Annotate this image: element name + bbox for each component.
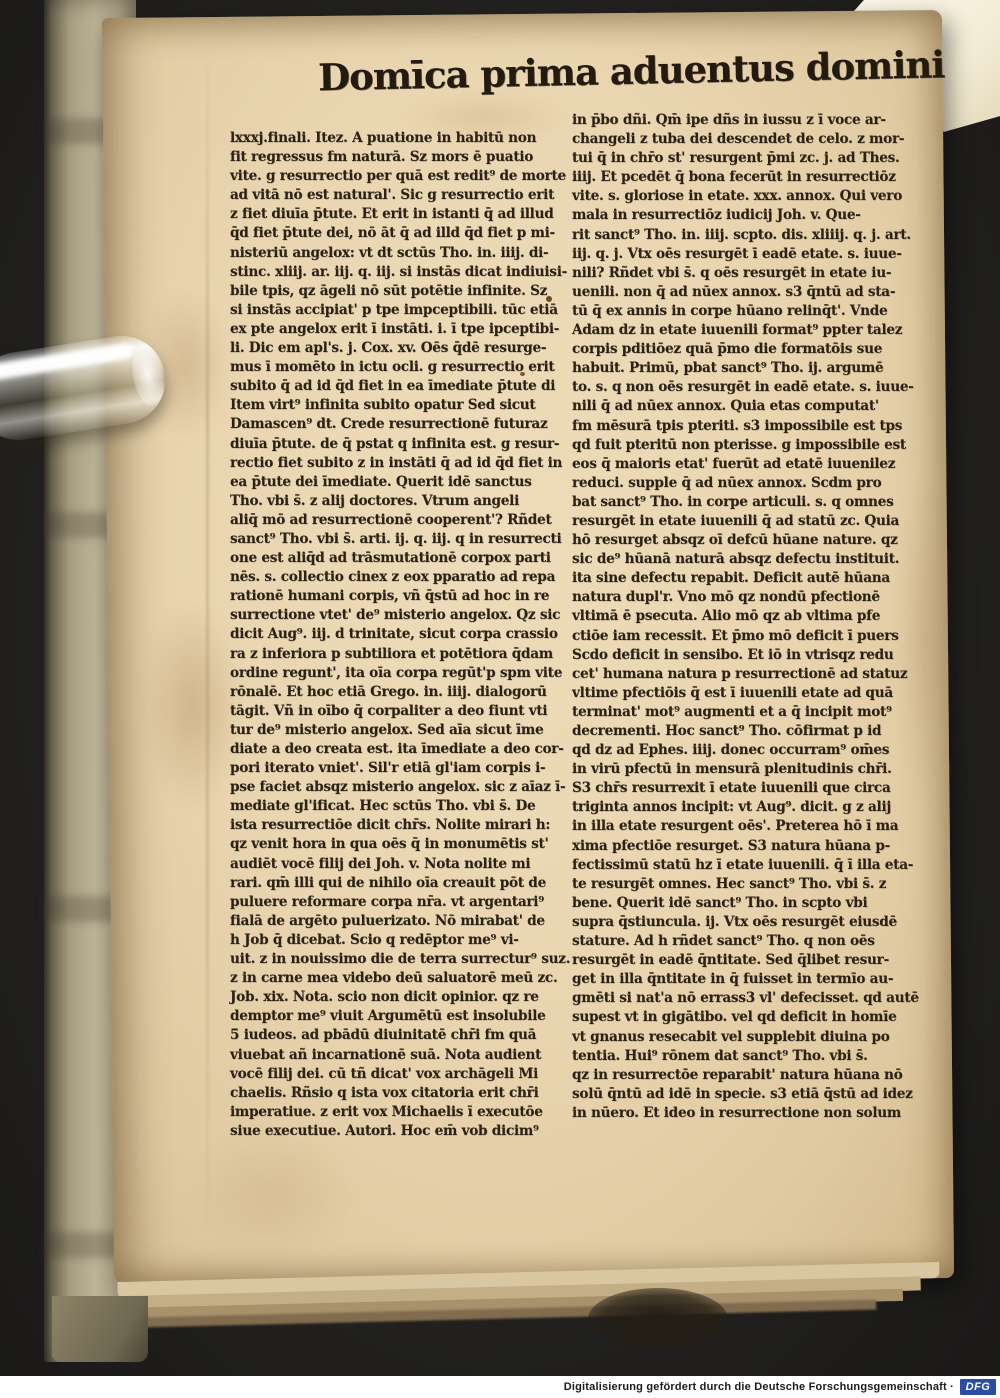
- text-line: bile tpis, qz āgeli nō sūt potētie infin…: [230, 282, 570, 301]
- text-column-right: in p̄bo dñi. Qm̄ ipe dñs in iussu z ī vo…: [572, 111, 914, 1123]
- text-line: rectio fiet subito z in instāti q̄ ad id…: [230, 454, 570, 473]
- text-line: corpis pditiōez quā p̄mo die formatōis s…: [572, 340, 914, 359]
- text-line: xima pfectiōe resurget. S3 natura hūana …: [572, 837, 914, 856]
- text-line: tentia. Hui⁹ rōnem dat sanct⁹ Tho. vbi s…: [572, 1047, 914, 1066]
- text-line: 5 iudeos. ad pbādū diuinitatē chr̄i fm q…: [230, 1026, 570, 1045]
- text-line: Scdo deficit in sensibo. Et iō in vtrisq…: [572, 646, 914, 665]
- text-line: iij. q. j. Vtx oēs resurgēt ī eadē etate…: [572, 245, 914, 264]
- text-line: tui q̄ in chr̄o st' resurgent p̄mi zc. j…: [572, 149, 914, 168]
- text-line: ex pte angelox erit ī instāti. i. ī tpe …: [230, 320, 570, 339]
- text-line: reduci. supple q̄ ad nūex annox. Scdm pr…: [572, 474, 914, 493]
- text-line: aliq̄ mō ad resurrectionē cooperent'? Rñ…: [230, 511, 570, 530]
- text-line: subito q̄ ad id q̄d fiet in ea īmediate …: [230, 377, 570, 396]
- text-line: bene. Querit idē sanct⁹ Tho. in scpto vb…: [572, 894, 914, 913]
- text-line: z in carne mea videbo deū saluatorē meū …: [230, 969, 570, 988]
- text-line: qd dz ad Ephes. iiij. donec occurram⁹ om…: [572, 741, 914, 760]
- text-line: nili q̄ ad nūex annox. Quia etas computa…: [572, 397, 914, 416]
- text-line: solū q̄ntū ad idē in specie. s3 etiā q̄s…: [572, 1085, 914, 1104]
- text-line: ra z inferiora p subtiliora et potētiora…: [230, 645, 570, 664]
- text-line: natura dupl'r. Vno mō qz nondū pfectionē: [572, 588, 914, 607]
- text-line: vite. s. gloriose in etate. xxx. annox. …: [572, 187, 914, 206]
- text-line: tū q̄ ex annis in corpe hūano relinq̄t'.…: [572, 302, 914, 321]
- text-line: resurgēt in etate iuuenili q̄ ad statū z…: [572, 512, 914, 531]
- text-line: hō resurget absqz oī defcū hūane nature.…: [572, 531, 914, 550]
- text-line: ad vitā nō est natural'. Sic g resurrect…: [230, 186, 570, 205]
- text-line: stature. Ad h rñdet sanct⁹ Tho. q non oē…: [572, 932, 914, 951]
- text-line: vt gnanus resecabit vel supplebit diuina…: [572, 1028, 914, 1047]
- text-line: pse faciet absqz misterio angelox. sic z…: [230, 778, 570, 797]
- text-line: ita sine defectu repabit. Deficit autē h…: [572, 569, 914, 588]
- cover-corner: [52, 1296, 148, 1362]
- text-line: fialā de argēto puluerizato. Nō mirabat'…: [230, 912, 570, 931]
- dfg-logo: DFG: [960, 1379, 996, 1395]
- text-line: imperatiue. z erit vox Michaelis ī execu…: [230, 1103, 570, 1122]
- text-line: qz venit hora in qua oēs q̄ in monumētis…: [230, 835, 570, 854]
- text-line: to. s. q non oēs resurgēt in eadē etate.…: [572, 378, 914, 397]
- text-line: vltime pfectiōis q̄ est ī iuuenili etate…: [572, 684, 914, 703]
- text-line: resurgēt in eadē q̄ntitate. Sed q̄libet …: [572, 951, 914, 970]
- text-line: uit. z in nouissimo die de terra surrect…: [230, 950, 570, 969]
- text-line: h Job q̄ dicebat. Scio q redēptor me⁹ vi…: [230, 931, 570, 950]
- text-line: rōnalē. Et hoc etiā Grego. in. iiij. dia…: [230, 683, 570, 702]
- text-line: bat sanct⁹ Tho. in corpe articuli. s. q …: [572, 493, 914, 512]
- text-line: triginta annos incipit: vt Aug⁹. dicit. …: [572, 798, 914, 817]
- text-line: sic de⁹ hūanā naturā absqz defectu insti…: [572, 550, 914, 569]
- text-line: nēs. s. collectio cinex z eox pparatio a…: [230, 568, 570, 587]
- text-line: cet' humana natura p resurrectionē ad st…: [572, 665, 914, 684]
- text-line: tāgit. Vñ in oībo q̄ corpaliter a deo fi…: [230, 702, 570, 721]
- text-line: viuebat añ incarnationē suā. Nota audien…: [230, 1046, 570, 1065]
- text-line: z fiet diuīa p̄tute. Et erit in istanti …: [230, 205, 570, 224]
- text-line: te resurgēt omnes. Hec sanct⁹ Tho. vbi s…: [572, 875, 914, 894]
- text-line: Item virt⁹ infinita subito opatur Sed si…: [230, 396, 570, 415]
- text-line: Job. xix. Nota. scio non dicit opinior. …: [230, 988, 570, 1007]
- text-line: habuit. Primū, pbat sanct⁹ Tho. ij. argu…: [572, 359, 914, 378]
- text-line: Tho. vbi s̄. z alij doctores. Vtrum ange…: [230, 492, 570, 511]
- text-line: rit sanct⁹ Tho. in. iiij. scpto. dis. xl…: [572, 226, 914, 245]
- text-line: decrementi. Hoc sanct⁹ Tho. cōfirmat p i…: [572, 722, 914, 741]
- text-line: rari. qm̄ illi qui de nihilo oīa creauit…: [230, 874, 570, 893]
- text-line: terminat' mot⁹ augmenti et a q̄ incipit …: [572, 703, 914, 722]
- text-line: S3 chr̄s resurrexit ī etate iuuenili que…: [572, 779, 914, 798]
- text-line: qd fuit pteritū non pterisse. g impossib…: [572, 436, 914, 455]
- text-line: ista resurrectiōe dicit chr̄s. Nolite mi…: [230, 816, 570, 835]
- text-line: Adam dz in etate iuuenili format⁹ ppter …: [572, 321, 914, 340]
- scanned-book-photo: Domīca prima aduentus domini lxxxj.final…: [0, 0, 1000, 1398]
- credit-text: Digitalisierung gefördert durch die Deut…: [564, 1381, 954, 1393]
- text-line: vocē filij dei. cū tñ dicat' vox archāge…: [230, 1065, 570, 1084]
- text-line: li. Dic em apl's. j. Cox. xv. Oēs q̄dē r…: [230, 339, 570, 358]
- dark-stain: [588, 1288, 728, 1350]
- text-line: dicit Aug⁹. iij. d trinitate, sicut corp…: [230, 625, 570, 644]
- text-line: puluere reformare corpa nr̄a. vt argenta…: [230, 893, 570, 912]
- text-line: tur de⁹ misterio angelox. Sed aīa sicut …: [230, 721, 570, 740]
- text-line: diuīa p̄tute. de q̄ pstat q infinita est…: [230, 435, 570, 454]
- text-line: mus ī momēto in ictu ocli. g resurrectio…: [230, 358, 570, 377]
- glass-highlight: [0, 343, 134, 381]
- text-line: audiēt vocē filij dei Joh. v. Nota nolit…: [230, 855, 570, 874]
- text-line: qz in resurrectōe reparabit' natura hūan…: [572, 1066, 914, 1085]
- text-line: gmēti si nat'a nō errass3 vl' defecisset…: [572, 989, 914, 1008]
- text-line: demptor me⁹ viuit Argumētū est insolubil…: [230, 1007, 570, 1026]
- text-line: surrectione vtet' de⁹ misterio angelox. …: [230, 606, 570, 625]
- text-line: in illa etate resurgent oēs'. Preterea h…: [572, 817, 914, 836]
- text-line: eos q̄ maioris etat' fuerūt ad etatē iuu…: [572, 455, 914, 474]
- text-line: stinc. xliij. ar. iij. q. iij. si instās…: [230, 263, 570, 282]
- text-line: mala in resurrectiōz iudicij Joh. v. Que…: [572, 206, 914, 225]
- text-line: in virū pfectū in mensurā plenitudinis c…: [572, 760, 914, 779]
- text-line: changeli z tuba dei descendet de celo. z…: [572, 130, 914, 149]
- text-line: ea p̄tute dei īmediate. Querit idē sanct…: [230, 473, 570, 492]
- text-line: siue executiue. Autori. Hoc em̄ vob dici…: [230, 1122, 570, 1141]
- text-line: q̄d fiet p̄tute dei, nō āt q̄ ad illd q̄…: [230, 224, 570, 243]
- text-line: ctiōe iam recessit. Et p̄mo mō deficit ī…: [572, 627, 914, 646]
- text-line: one est aliq̄d ad trāsmutationē corpox p…: [230, 549, 570, 568]
- text-line: iiij. Et pcedēt q̄ bona fecerūt in resur…: [572, 168, 914, 187]
- text-line: chaelis. Rñsio q ista vox citatoria erit…: [230, 1084, 570, 1103]
- text-line: supra q̄stiuncula. ij. Vtx oēs resurgēt …: [572, 913, 914, 932]
- text-line: mediate gl'ificat. Hec sctūs Tho. vbi s̄…: [230, 797, 570, 816]
- text-line: rationē humani corpis, vñ q̄stū ad hoc i…: [230, 587, 570, 606]
- text-line: lxxxj.finali. Itez. A puatione in habitū…: [230, 129, 570, 148]
- text-line: vltimā ē psecuta. Alio mō qz ab vltima p…: [572, 607, 914, 626]
- text-line: uenili. non q̄ ad nūex annox. s3 q̄ntū a…: [572, 283, 914, 302]
- text-line: si instās accipiat' p tpe impceptibili. …: [230, 301, 570, 320]
- text-line: supest vt in gigātibo. vel qd deficit in…: [572, 1008, 914, 1027]
- text-line: fit regressus fm naturā. Sz mors ē puati…: [230, 148, 570, 167]
- text-line: Damascen⁹ dt. Crede resurrectionē futura…: [230, 415, 570, 434]
- text-line: diate a deo creata est. ita īmediate a d…: [230, 740, 570, 759]
- text-line: fectissimū statū hz ī etate iuuenili. q̄…: [572, 856, 914, 875]
- text-line: ordine regunt', ita oīa corpa regūt'p sp…: [230, 664, 570, 683]
- text-column-left: lxxxj.finali. Itez. A puatione in habitū…: [230, 129, 570, 1141]
- text-line: vite. g resurrectio per quā est redit⁹ d…: [230, 167, 570, 186]
- text-line: nili? Rñdet vbi s̄. q oēs resurgēt in et…: [572, 264, 914, 283]
- text-line: fm mēsurā tpis pteriti. s3 impossibile e…: [572, 417, 914, 436]
- text-line: in p̄bo dñi. Qm̄ ipe dñs in iussu z ī vo…: [572, 111, 914, 130]
- text-line: nisteriū angelox: vt dt sctūs Tho. in. i…: [230, 244, 570, 263]
- digitization-credit-banner: Digitalisierung gefördert durch die Deut…: [0, 1376, 1000, 1398]
- text-line: in nūero. Et ideo in resurrectione non s…: [572, 1104, 914, 1123]
- text-line: pori iterato vniet'. Sil'r etiā gl'iam c…: [230, 759, 570, 778]
- page-crease: [206, 40, 209, 1250]
- text-line: get in illa q̄ntitate in q̄ fuisset in t…: [572, 970, 914, 989]
- text-line: sanct⁹ Tho. vbi s̄. arti. ij. q. iij. q …: [230, 530, 570, 549]
